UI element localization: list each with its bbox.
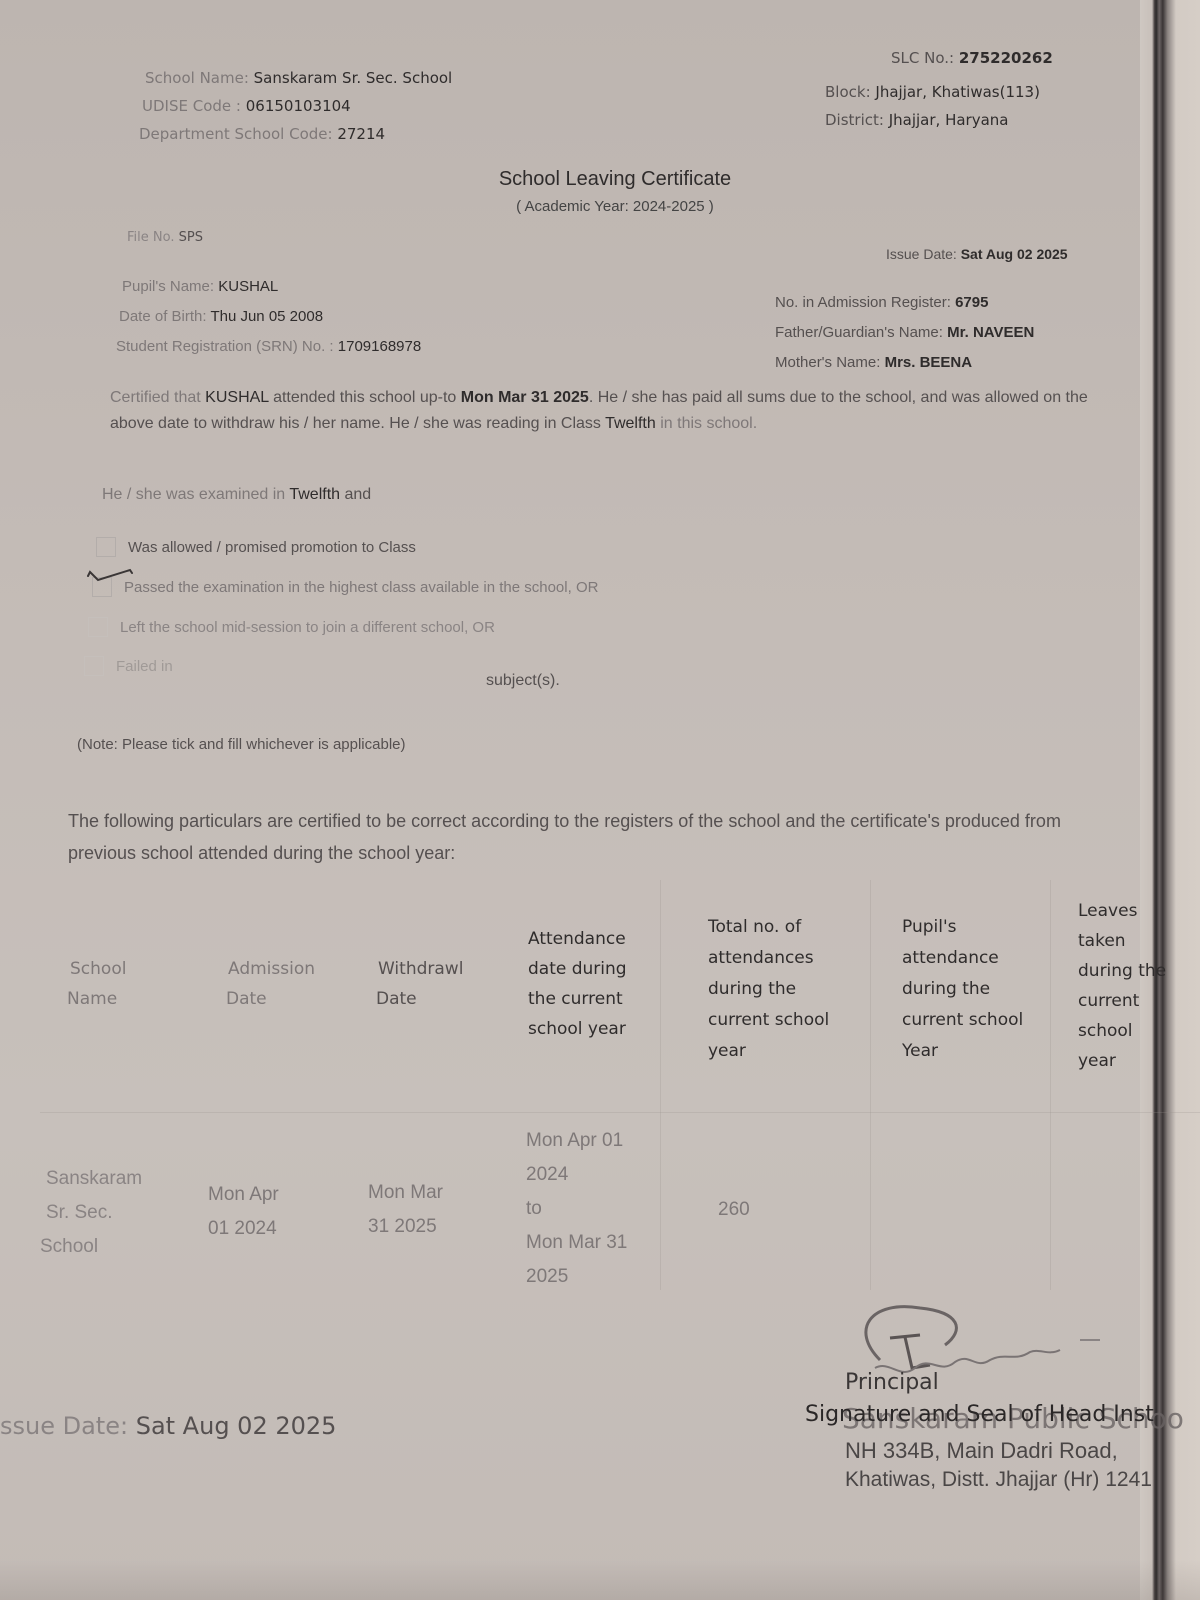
school-name: Sanskaram Sr. Sec. School	[254, 69, 453, 87]
table-divider	[1050, 880, 1051, 1290]
option-label: Was allowed / promised promotion to Clas…	[128, 539, 416, 556]
stamp-address-line1: NH 334B, Main Dadri Road,	[845, 1438, 1118, 1464]
file-number: File No. SPS	[127, 230, 203, 245]
srn-label: Student Registration (SRN) No. :	[116, 338, 334, 355]
issue-date-value: Sat Aug 02 2025	[961, 246, 1068, 262]
checkbox[interactable]	[84, 656, 104, 676]
certified-text: attended this school up-to	[273, 389, 456, 406]
examined-class: Twelfth	[289, 486, 340, 503]
father-name: Mr. NAVEEN	[947, 324, 1034, 341]
examined-line: He / she was examined in Twelfth and	[102, 486, 371, 504]
principal-signature-icon	[780, 1290, 1100, 1400]
pupil-name: KUSHAL	[218, 278, 278, 295]
option-label: Left the school mid-session to join a di…	[120, 619, 495, 636]
certificate-info: SLC No.: 275220262 Block: Jhajjar, Khati…	[825, 44, 1053, 134]
option-label: Passed the examination in the highest cl…	[124, 579, 598, 596]
td-attendance-dates: Mon Apr 012024toMon Mar 312025	[526, 1124, 627, 1294]
th-pupil-attendance: Pupil'sattendanceduring thecurrent schoo…	[902, 912, 1023, 1067]
admission-number: 6795	[955, 294, 988, 311]
certified-text: Certified that	[110, 389, 201, 406]
page-title: School Leaving Certificate	[0, 168, 1200, 191]
udise-label: UDISE Code :	[142, 97, 241, 115]
examined-prefix: He / she was examined in	[102, 486, 285, 503]
file-no-value: SPS	[179, 230, 203, 245]
th-admission-date: AdmissionDate	[228, 954, 315, 1014]
dept-school-code: 27214	[337, 125, 385, 143]
handwritten-tick-icon	[86, 566, 146, 586]
block: Jhajjar, Khatiwas(113)	[875, 83, 1040, 101]
academic-year: ( Academic Year: 2024-2025 )	[0, 198, 1200, 215]
srn-number: 1709168978	[338, 338, 421, 355]
file-no-label: File No.	[127, 230, 174, 245]
father-label: Father/Guardian's Name:	[775, 324, 943, 341]
slc-number: 275220262	[959, 49, 1053, 67]
checkbox[interactable]	[88, 617, 108, 637]
paper-stack-edge	[1140, 0, 1200, 1600]
td-total-attendances: 260	[718, 1193, 750, 1227]
th-total-attendances: Total no. ofattendancesduring thecurrent…	[708, 912, 829, 1067]
option-passed-highest[interactable]: Passed the examination in the highest cl…	[92, 577, 598, 597]
parent-details: No. in Admission Register: 6795 Father/G…	[775, 288, 1034, 378]
table-divider	[660, 880, 661, 1290]
stamp-address-line2: Khatiwas, Distt. Jhajjar (Hr) 1241	[845, 1468, 1152, 1492]
option-label: Failed in	[116, 658, 173, 675]
option-left-mid-session[interactable]: Left the school mid-session to join a di…	[88, 617, 495, 637]
failed-subjects-suffix: subject(s).	[486, 672, 560, 690]
option-failed[interactable]: Failed in	[84, 656, 173, 676]
dept-code-label: Department School Code:	[139, 125, 333, 143]
school-info: School Name: Sanskaram Sr. Sec. School U…	[145, 64, 452, 148]
attended-until-date: Mon Mar 31 2025	[461, 389, 589, 406]
issue-date-footer: ssue Date: Sat Aug 02 2025	[0, 1412, 336, 1440]
table-divider	[870, 880, 871, 1290]
mother-name: Mrs. BEENA	[885, 354, 973, 371]
td-withdrawl-date: Mon Mar31 2025	[368, 1176, 443, 1244]
school-name-label: School Name:	[145, 69, 249, 87]
issue-date-footer-value: Sat Aug 02 2025	[136, 1412, 337, 1440]
page-shadow	[0, 1560, 1200, 1600]
certified-paragraph: Certified that KUSHAL attended this scho…	[110, 385, 1130, 437]
th-withdrawl-date: WithdrawlDate	[378, 954, 463, 1014]
issue-date-footer-label: ssue Date:	[0, 1412, 128, 1440]
reading-class: Twelfth	[605, 415, 656, 432]
particulars-paragraph: The following particulars are certified …	[68, 805, 1128, 869]
note: (Note: Please tick and fill whichever is…	[77, 736, 405, 753]
signature-caption: Signature and Seal of Head Inst	[805, 1402, 1154, 1427]
th-leaves-taken: Leavestakenduring thecurrentschoolyear	[1078, 896, 1166, 1076]
date-of-birth: Thu Jun 05 2008	[210, 308, 323, 325]
pupil-name-label: Pupil's Name:	[122, 278, 214, 295]
udise-code: 06150103104	[246, 97, 351, 115]
mother-label: Mother's Name:	[775, 354, 880, 371]
block-label: Block:	[825, 83, 871, 101]
slc-label: SLC No.:	[891, 49, 954, 67]
examined-suffix: and	[345, 486, 372, 503]
pupil-details: Pupil's Name: KUSHAL Date of Birth: Thu …	[122, 272, 421, 362]
district-label: District:	[825, 111, 884, 129]
td-admission-date: Mon Apr01 2024	[208, 1178, 279, 1246]
issue-date: Issue Date: Sat Aug 02 2025	[886, 246, 1068, 262]
issue-date-label: Issue Date:	[886, 246, 957, 262]
certified-pupil-name: KUSHAL	[205, 389, 268, 406]
dob-label: Date of Birth:	[119, 308, 207, 325]
option-promotion[interactable]: Was allowed / promised promotion to Clas…	[96, 537, 416, 557]
principal-label: Principal	[845, 1370, 939, 1395]
certified-text: in this school.	[660, 415, 757, 432]
table-divider	[40, 1112, 1200, 1113]
checkbox[interactable]	[96, 537, 116, 557]
district: Jhajjar, Haryana	[889, 111, 1009, 129]
admission-label: No. in Admission Register:	[775, 294, 951, 311]
td-school-name: SanskaramSr. Sec.School	[46, 1162, 142, 1264]
th-school-name: SchoolName	[70, 954, 126, 1014]
th-attendance-date: Attendancedate duringthe currentschool y…	[528, 924, 627, 1044]
